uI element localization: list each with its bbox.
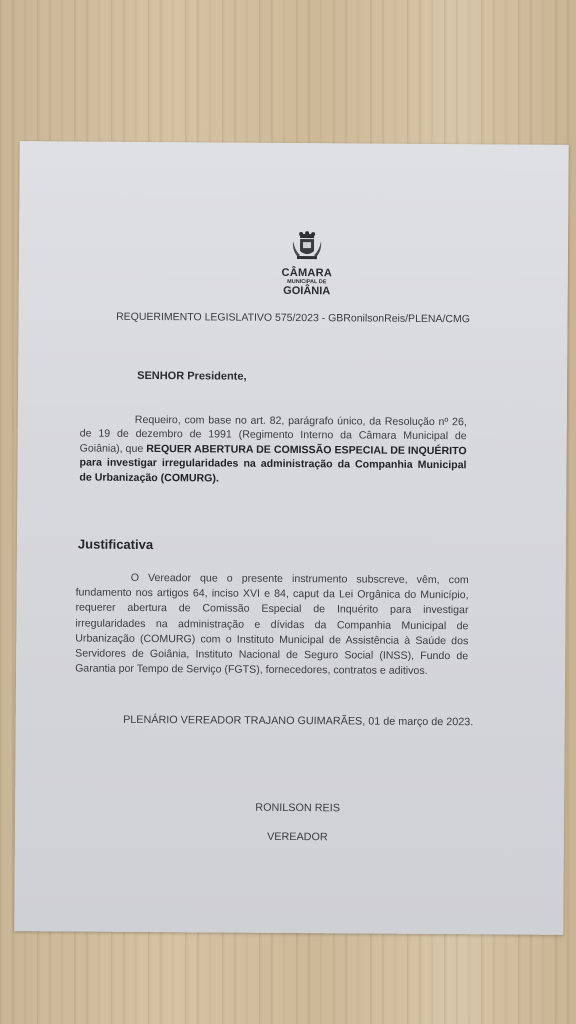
signatory-name: RONILSON REIS — [15, 800, 564, 816]
logo-text-goiania: GOIÂNIA — [274, 286, 340, 297]
document-reference: REQUERIMENTO LEGISLATIVO 575/2023 - GBRo… — [19, 310, 568, 326]
justification-heading: Justificativa — [78, 537, 153, 553]
signatory-role: VEREADOR — [15, 829, 564, 845]
justification-text: O Vereador que o presente instrumento su… — [75, 572, 469, 677]
request-paragraph: Requeiro, com base no art. 82, parágrafo… — [79, 413, 466, 488]
document-page: CÂMARA MUNICIPAL DE GOIÂNIA REQUERIMENTO… — [14, 141, 569, 935]
justification-paragraph: O Vereador que o presente instrumento su… — [75, 570, 469, 679]
coat-of-arms-icon — [290, 231, 324, 261]
logo-text-camara: CÂMARA — [274, 268, 340, 279]
chamber-logo: CÂMARA MUNICIPAL DE GOIÂNIA — [274, 231, 340, 297]
place-date: PLENÁRIO VEREADOR TRAJANO GUIMARÃES, 01 … — [16, 713, 565, 729]
salutation: SENHOR Presidente, — [137, 370, 247, 383]
